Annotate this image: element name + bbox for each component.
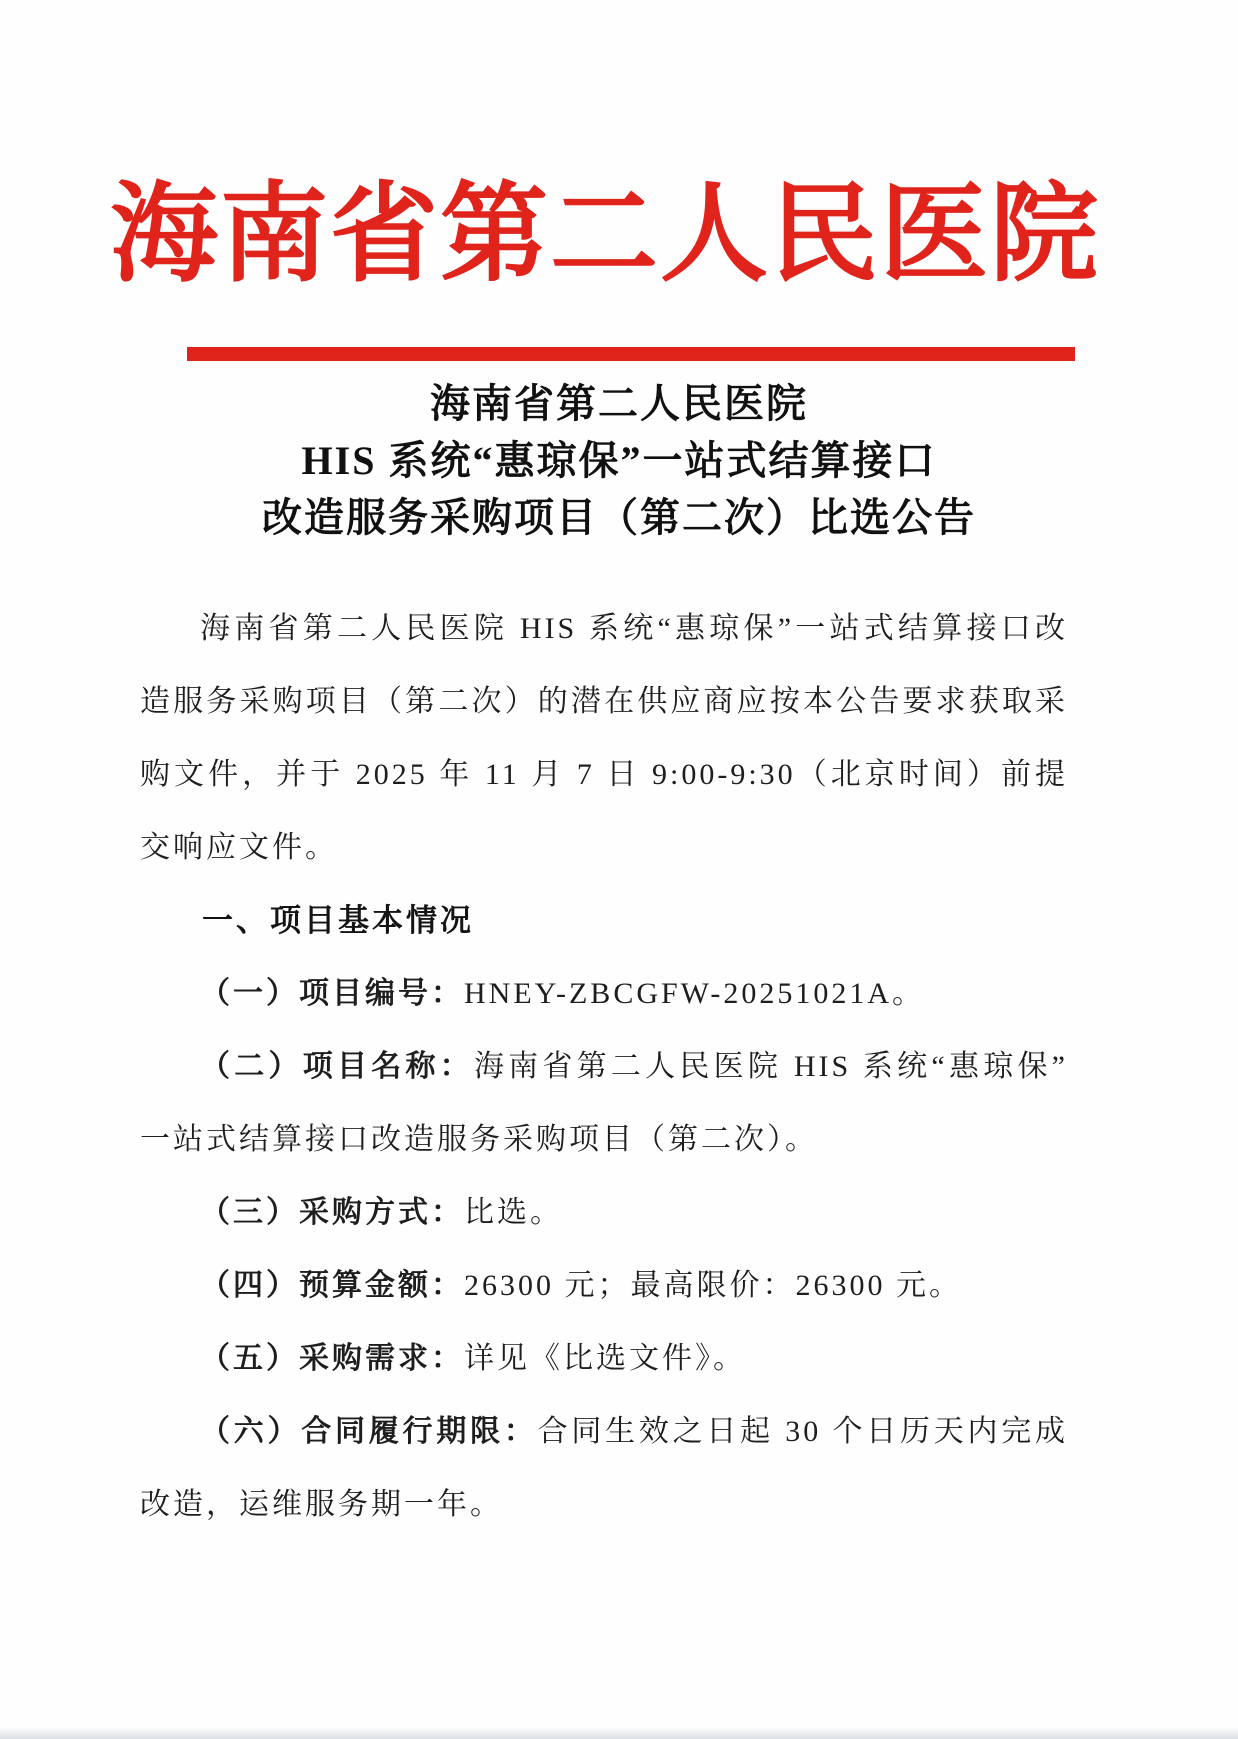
item-label: （三）采购方式：	[200, 1196, 464, 1229]
hospital-masthead: 海南省第二人民医院	[0, 0, 1238, 361]
item-label: （一）项目编号：	[200, 977, 464, 1010]
document-page: 海南省第二人民医院 海南省第二人民医院 HIS 系统“惠琼保”一站式结算接口 改…	[0, 0, 1238, 1739]
item-value: 26300 元；最高限价：26300 元。	[464, 1269, 962, 1302]
item-budget-amount: （四）预算金额：26300 元；最高限价：26300 元。	[140, 1249, 1068, 1322]
title-line-3: 改造服务采购项目（第二次）比选公告	[0, 489, 1238, 546]
item-value: HNEY-ZBCGFW-20251021A。	[464, 977, 925, 1010]
item-project-number: （一）项目编号：HNEY-ZBCGFW-20251021A。	[140, 957, 1068, 1030]
title-line-2: HIS 系统“惠琼保”一站式结算接口	[0, 432, 1238, 489]
intro-paragraph: 海南省第二人民医院 HIS 系统“惠琼保”一站式结算接口改造服务采购项目（第二次…	[140, 592, 1068, 884]
masthead-rule-divider	[187, 347, 1075, 361]
item-procurement-requirements: （五）采购需求：详见《比选文件》。	[140, 1322, 1068, 1395]
item-label: （四）预算金额：	[200, 1269, 464, 1302]
title-line-1: 海南省第二人民医院	[0, 375, 1238, 432]
item-procurement-method: （三）采购方式：比选。	[140, 1176, 1068, 1249]
item-value: 比选。	[464, 1196, 563, 1229]
scan-edge-shadow	[0, 1727, 1238, 1739]
item-label: （六）合同履行期限：	[200, 1415, 538, 1448]
item-label: （二）项目名称：	[200, 1050, 474, 1083]
item-contract-term: （六）合同履行期限：合同生效之日起 30 个日历天内完成改造，运维服务期一年。	[140, 1395, 1068, 1541]
announcement-title: 海南省第二人民医院 HIS 系统“惠琼保”一站式结算接口 改造服务采购项目（第二…	[0, 375, 1238, 546]
item-label: （五）采购需求：	[200, 1342, 464, 1375]
item-value: 详见《比选文件》。	[464, 1342, 746, 1375]
hospital-name: 海南省第二人民医院	[110, 176, 1100, 297]
section-heading-basic-info: 一、项目基本情况	[140, 884, 1068, 957]
announcement-body: 海南省第二人民医院 HIS 系统“惠琼保”一站式结算接口改造服务采购项目（第二次…	[140, 592, 1068, 1541]
item-project-name: （二）项目名称：海南省第二人民医院 HIS 系统“惠琼保”一站式结算接口改造服务…	[140, 1030, 1068, 1176]
